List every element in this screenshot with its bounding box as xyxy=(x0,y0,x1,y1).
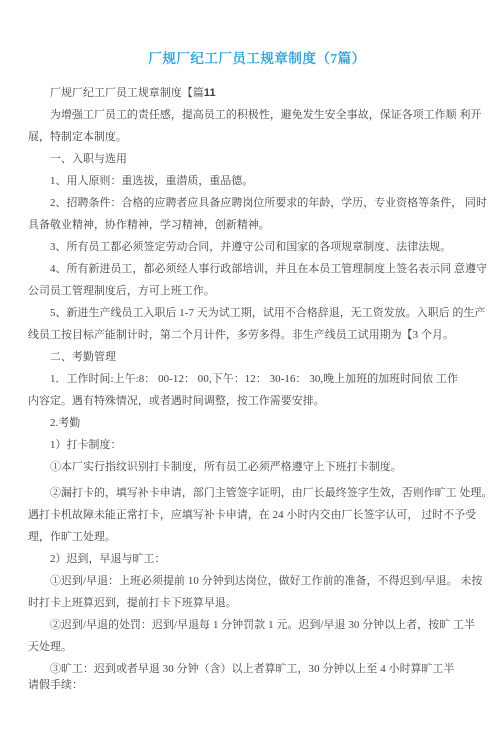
doc-line: 内容定。遇有特殊情况，或者遇时间调整，按工作需要安排。 xyxy=(28,390,486,412)
doc-line: ①本厂实行指纹识别打卡制度，所有员工必须严格遵守上下班打卡制度。 xyxy=(28,456,486,478)
page-title: 厂规厂纪工厂员工规章制度（7篇） xyxy=(28,0,486,68)
doc-line: ①迟到/早退：上班必须提前 10 分钟到达岗位，做好工作前的准备，不得迟到/早退… xyxy=(28,570,486,592)
doc-line: 1、用人原则：重选拔，重潜质，重品德。 xyxy=(28,170,486,192)
doc-line: 1．工作时间:上午:8： 00-12： 00,下午：12： 30-16： 30,… xyxy=(28,368,486,390)
doc-line: 4、所有新进员工，都必须经人事行政部培训，并且在本员工管理制度上签名表示同 意遵… xyxy=(28,258,486,280)
doc-line: 天处理。 xyxy=(28,636,486,658)
doc-line: 二、考勤管理 xyxy=(28,346,486,368)
doc-line: 2）迟到，早退与旷工： xyxy=(28,548,486,570)
doc-line: 3、所有员工都必须签定劳动合同，并遵守公司和国家的各项规章制度、法律法规。 xyxy=(28,236,486,258)
doc-line: 公司员工管理制度后，方可上班工作。 xyxy=(28,280,486,302)
doc-line: 2.考勤 xyxy=(28,412,486,434)
doc-line: 理，作旷工处理。 xyxy=(28,526,486,548)
doc-line: ②漏打卡的，填写补卡申请，部门主管签字证明，由厂长最终签字生效，否则作旷工 处理… xyxy=(28,482,486,504)
doc-line: ③旷工：迟到或者早退 30 分钟（含）以上者算旷工，30 分钟以上至 4 小时算… xyxy=(28,658,486,680)
doc-subtitle: 厂规厂纪工厂员工规章制度【篇11 xyxy=(28,82,486,104)
doc-subtitle-text: 厂规厂纪工厂员工规章制度【篇 xyxy=(50,87,204,99)
document-page: 厂规厂纪工厂员工规章制度（7篇） 厂规厂纪工厂员工规章制度【篇11 为增强工厂员… xyxy=(0,0,500,747)
doc-line: 一、入职与选用 xyxy=(28,148,486,170)
document-body: 厂规厂纪工厂员工规章制度【篇11 为增强工厂员工的责任感，提高员工的积极性，避免… xyxy=(28,82,486,696)
doc-line: 遇打卡机故障未能正常打卡，应填写补卡申请，在 24 小时内交由厂长签字认可， 过… xyxy=(28,504,486,526)
doc-line: 2、招聘条件：合格的应聘者应具备应聘岗位所要求的年龄，学历，专业资格等条件， 同… xyxy=(28,192,486,214)
doc-line: 时打卡上班算迟到，提前打卡下班算早退。 xyxy=(28,592,486,614)
doc-line: ②迟到/早退的处罚：迟到/早退每 1 分钟罚款 1 元。迟到/早退 30 分钟以… xyxy=(28,614,486,636)
doc-lines: 为增强工厂员工的责任感，提高员工的积极性，避免发生安全事故，保证各项工作顺 利开… xyxy=(28,104,486,696)
doc-line: 1）打卡制度： xyxy=(28,434,486,456)
doc-line: 为增强工厂员工的责任感，提高员工的积极性，避免发生安全事故，保证各项工作顺 利开 xyxy=(28,104,486,126)
doc-line: 具备敬业精神，协作精神，学习精神，创新精神。 xyxy=(28,214,486,236)
doc-subtitle-number: 11 xyxy=(204,87,216,99)
doc-line: 线员工按目标产能制计时，第二个月计件，多劳多得。非生产线员工试用期为【3 个月。 xyxy=(28,324,486,346)
doc-line: 展，特制定本制度。 xyxy=(28,126,486,148)
doc-line: 5、新进生产线员工入职后 1-7 天为试工期，试用不合格辞退，无工资发放。入职后… xyxy=(28,302,486,324)
